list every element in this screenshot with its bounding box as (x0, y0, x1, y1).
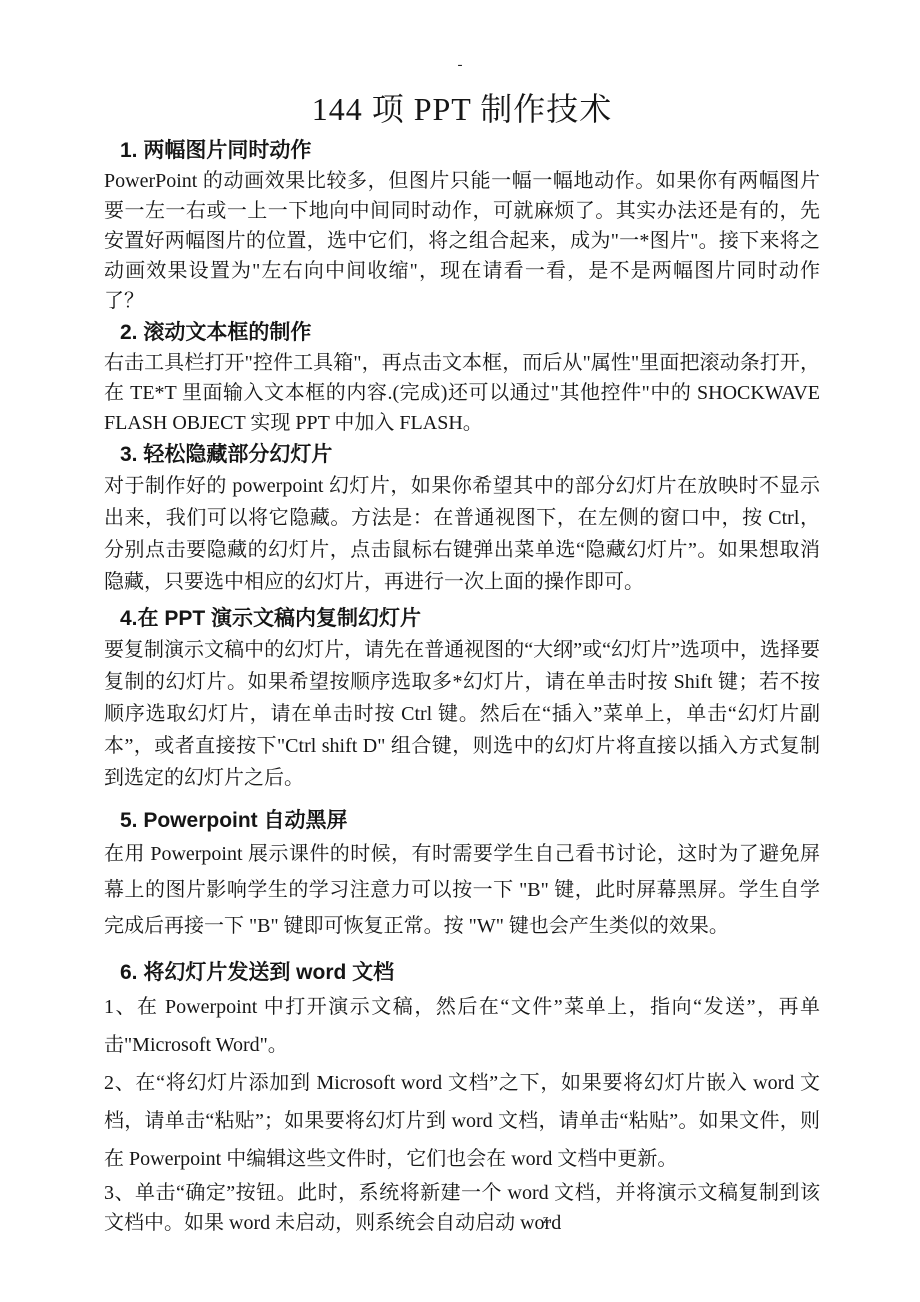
section-6: 6. 将幻灯片发送到 word 文档 1、在 Powerpoint 中打开演示文… (104, 958, 820, 1238)
paragraph: 对于制作好的 powerpoint 幻灯片，如果你希望其中的部分幻灯片在放映时不… (104, 470, 820, 598)
section-heading: 6. 将幻灯片发送到 word 文档 (104, 958, 820, 988)
document-body: 144 项 PPT 制作技术 1. 两幅图片同时动作 PowerPoint 的动… (0, 84, 920, 1238)
footer-left-mark: . (368, 1214, 371, 1227)
section-5: 5. Powerpoint 自动黑屏 在用 Powerpoint 展示课件的时候… (104, 806, 820, 944)
section-heading: 5. Powerpoint 自动黑屏 (104, 806, 820, 836)
paragraph: PowerPoint 的动画效果比较多，但图片只能一幅一幅地动作。如果你有两幅图… (104, 166, 820, 316)
page-title: 144 项 PPT 制作技术 (104, 84, 820, 130)
paragraph: 右击工具栏打开"控件工具箱"，再点击文本框，而后从"属性"里面把滚动条打开，在 … (104, 348, 820, 438)
footer-right-mark: z. (543, 1212, 552, 1225)
section-heading: 4.在 PPT 演示文稿内复制幻灯片 (104, 604, 820, 634)
section-heading: 1. 两幅图片同时动作 (104, 136, 820, 166)
section-3: 3. 轻松隐藏部分幻灯片 对于制作好的 powerpoint 幻灯片，如果你希望… (104, 440, 820, 598)
section-1: 1. 两幅图片同时动作 PowerPoint 的动画效果比较多，但图片只能一幅一… (104, 136, 820, 316)
paragraph: 2、在“将幻灯片添加到 Microsoft word 文档”之下，如果要将幻灯片… (104, 1064, 820, 1178)
section-2: 2. 滚动文本框的制作 右击工具栏打开"控件工具箱"，再点击文本框，而后从"属性… (104, 318, 820, 438)
section-heading: 2. 滚动文本框的制作 (104, 318, 820, 348)
paragraph: 1、在 Powerpoint 中打开演示文稿，然后在“文件”菜单上，指向“发送”… (104, 988, 820, 1064)
paragraph: 在用 Powerpoint 展示课件的时候，有时需要学生自己看书讨论，这时为了避… (104, 836, 820, 944)
paragraph: 要复制演示文稿中的幻灯片，请先在普通视图的“大纲”或“幻灯片”选项中，选择要复制… (104, 634, 820, 794)
section-4: 4.在 PPT 演示文稿内复制幻灯片 要复制演示文稿中的幻灯片，请先在普通视图的… (104, 604, 820, 794)
paragraph: 3、单击“确定”按钮。此时，系统将新建一个 word 文档，并将演示文稿复制到该… (104, 1178, 820, 1238)
header-mark: - (0, 0, 920, 72)
section-heading: 3. 轻松隐藏部分幻灯片 (104, 440, 820, 470)
document-page: - 144 项 PPT 制作技术 1. 两幅图片同时动作 PowerPoint … (0, 0, 920, 1302)
